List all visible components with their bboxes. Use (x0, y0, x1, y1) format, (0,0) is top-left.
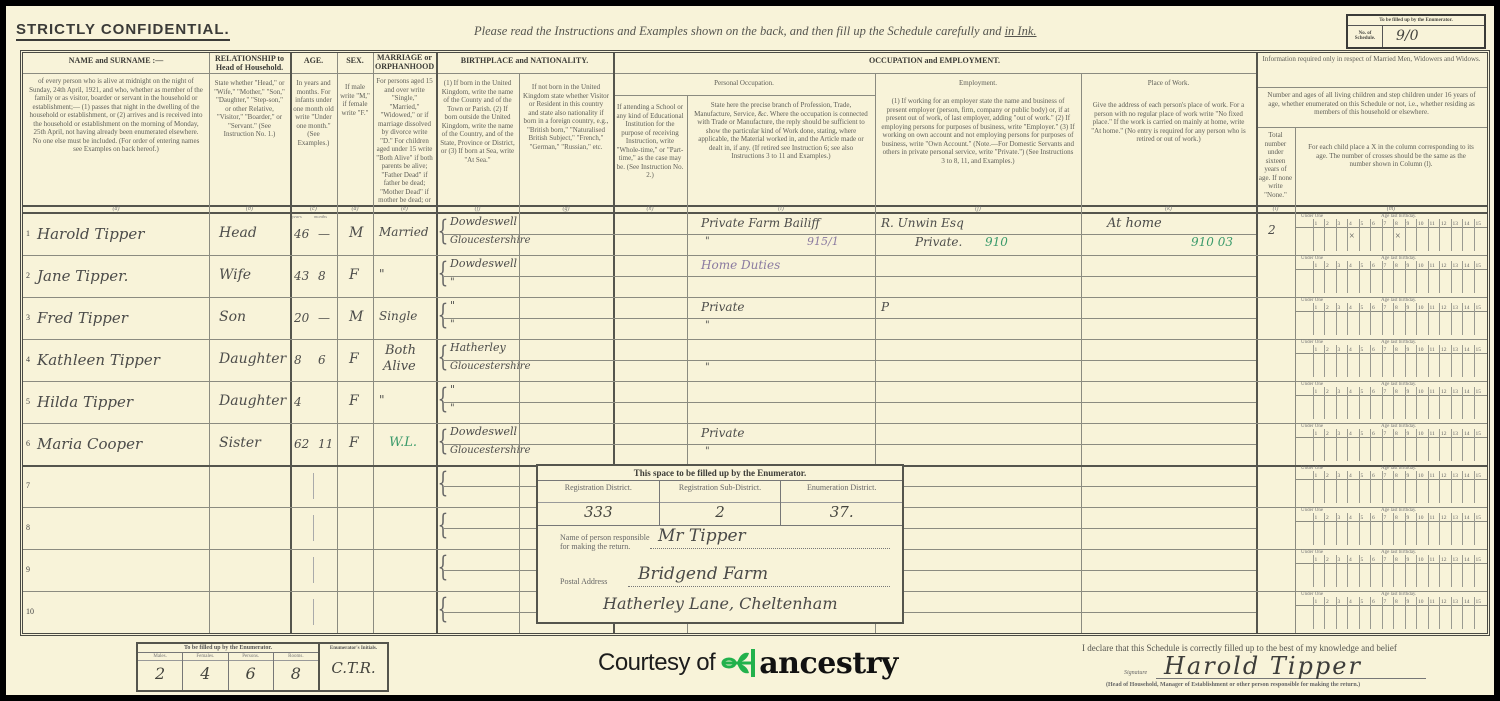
bracket: { (438, 427, 449, 455)
age-4-label: 4 (1349, 305, 1352, 311)
age-10-label: 10 (1418, 263, 1424, 269)
age-15-label: 15 (1476, 473, 1482, 479)
age-months: 8 (318, 269, 326, 283)
age-2-label: 2 (1326, 557, 1329, 563)
column-letter: (e) (373, 206, 436, 212)
enumerator-tally-box: To be filled up by the Enumerator. Males… (136, 642, 389, 692)
age-7-label: 7 (1384, 305, 1387, 311)
bracket: { (438, 343, 449, 371)
age-4-label: 4 (1349, 515, 1352, 521)
age-last-birthday-label: Age last birthday. (1381, 340, 1416, 345)
age-10-label: 10 (1418, 431, 1424, 437)
person-name: Fred Tipper (37, 309, 128, 327)
age-14-label: 14 (1464, 431, 1470, 437)
age-13-label: 13 (1453, 263, 1459, 269)
birthplace-line1: Hatherley (450, 341, 506, 354)
birthplace-line1: Dowdeswell (450, 215, 517, 228)
age-8-label: 8 (1395, 557, 1398, 563)
age-10-label: 10 (1418, 347, 1424, 353)
marriage-status: W.L. (389, 435, 417, 450)
age-6-label: 6 (1372, 221, 1375, 227)
person-name: Hilda Tipper (37, 393, 133, 411)
age-13-label: 13 (1453, 221, 1459, 227)
confidential-title: STRICTLY CONFIDENTIAL. (16, 21, 230, 41)
column-instructions-age: In years and months. For infants under o… (293, 79, 334, 203)
age-9-label: 9 (1407, 473, 1410, 479)
age-3-label: 3 (1338, 557, 1341, 563)
age-14-label: 14 (1464, 263, 1470, 269)
column-instructions-children: Number and ages of all living children a… (1262, 91, 1481, 125)
age-4-label: 4 (1349, 599, 1352, 605)
age-3-label: 3 (1338, 221, 1341, 227)
age-last-birthday-label: Age last birthday. (1381, 298, 1416, 303)
column-instructions-name: of every person who is alive at midnight… (29, 77, 203, 203)
age-years: 20 (294, 311, 309, 325)
age-8-label: 8 (1395, 599, 1398, 605)
postal-address-line1: Bridgend Farm (638, 564, 768, 584)
age-6-label: 6 (1372, 431, 1375, 437)
age-12-label: 12 (1441, 305, 1447, 311)
personal-occupation: Private (701, 426, 745, 440)
age-13-label: 13 (1453, 305, 1459, 311)
responsible-person: Mr Tipper (658, 526, 746, 546)
age-10-label: 10 (1418, 515, 1424, 521)
age-14-label: 14 (1464, 473, 1470, 479)
age-months: — (318, 227, 330, 241)
age-years: 8 (294, 353, 302, 367)
age-1-label: 1 (1315, 599, 1318, 605)
row-number: 2 (26, 271, 30, 280)
age-7-label: 7 (1384, 263, 1387, 269)
age-3-label: 3 (1338, 515, 1341, 521)
row-number: 8 (26, 523, 30, 532)
age-3-label: 3 (1338, 389, 1341, 395)
age-years: 4 (294, 395, 302, 409)
age-years: 46 (294, 227, 309, 241)
age-5-label: 5 (1361, 263, 1364, 269)
age-last-birthday-label: Age last birthday. (1381, 214, 1416, 219)
birthplace-line2: Gloucestershire (450, 235, 530, 246)
age-12-label: 12 (1441, 263, 1447, 269)
courtesy-ancestry: Courtesy of ancestry (598, 646, 898, 680)
age-2-label: 2 (1326, 389, 1329, 395)
column-instructions-personal-occupation: State here the precise branch of Profess… (693, 101, 869, 203)
column-header-sex: SEX. (339, 57, 371, 71)
age-7-label: 7 (1384, 599, 1387, 605)
employer: R. Unwin Esq (881, 216, 964, 230)
persons-count: Persons.6 (229, 653, 274, 690)
column-letter: (g) (519, 206, 613, 212)
sex: F (349, 435, 359, 451)
age-15-label: 15 (1476, 305, 1482, 311)
age-11-label: 11 (1430, 557, 1435, 563)
postal-address-line2: Hatherley Lane, Cheltenham (603, 594, 838, 613)
age-10-label: 10 (1418, 599, 1424, 605)
age-8-label: 8 (1395, 389, 1398, 395)
column-letter: (c) (290, 206, 337, 212)
age-1-label: 1 (1315, 515, 1318, 521)
age-6-label: 6 (1372, 473, 1375, 479)
age-months: — (318, 311, 330, 325)
birthplace-line1: Dowdeswell (450, 257, 517, 270)
age-11-label: 11 (1430, 515, 1435, 521)
age-8-label: 8 (1395, 431, 1398, 437)
age-3-label: 3 (1338, 347, 1341, 353)
age-11-label: 11 (1430, 221, 1435, 227)
age-7-label: 7 (1384, 557, 1387, 563)
age-1-label: 1 (1315, 389, 1318, 395)
birthplace-line2: " (450, 403, 455, 414)
sex: M (349, 309, 363, 325)
age-9-label: 9 (1407, 515, 1410, 521)
place-of-work: At home (1107, 216, 1162, 231)
bracket: { (438, 553, 449, 581)
column-instructions-relationship: State whether "Head," or "Wife," "Mother… (213, 79, 286, 203)
bracket: { (438, 595, 449, 623)
relationship: Son (219, 309, 246, 325)
males-count: Males.2 (138, 653, 183, 690)
column-header-birthplace: BIRTHPLACE and NATIONALITY. (438, 57, 611, 71)
age-4-label: 4 (1349, 389, 1352, 395)
age-6-label: 6 (1372, 599, 1375, 605)
column-letter: (l) (1256, 206, 1295, 212)
relationship: Daughter (219, 393, 286, 409)
age-2-label: 2 (1326, 515, 1329, 521)
sex: F (349, 267, 359, 283)
age-11-label: 11 (1430, 599, 1435, 605)
age-1-label: 1 (1315, 263, 1318, 269)
age-5-label: 5 (1361, 221, 1364, 227)
personal-occupation: Private (701, 300, 745, 314)
enumerator-initials: Enumerator's Initials. C.T.R. (320, 644, 387, 690)
age-11-label: 11 (1430, 347, 1435, 353)
age-7-label: 7 (1384, 221, 1387, 227)
age-12-label: 12 (1441, 599, 1447, 605)
age-5-label: 5 (1361, 557, 1364, 563)
age-15-label: 15 (1476, 515, 1482, 521)
sex: F (349, 393, 359, 409)
column-header-occupation: OCCUPATION and EMPLOYMENT. (617, 57, 1252, 71)
age-9-label: 9 (1407, 305, 1410, 311)
age-15-label: 15 (1476, 389, 1482, 395)
age-13-label: 13 (1453, 557, 1459, 563)
relationship: Head (219, 225, 257, 241)
column-header-employment: Employment. (879, 79, 1077, 93)
relationship: Daughter (219, 351, 286, 367)
age-months: 6 (318, 353, 326, 367)
place-code: 910 03 (1191, 235, 1233, 249)
age-4-label: 4 (1349, 347, 1352, 353)
marriage-status: Both (385, 343, 416, 358)
column-instructions-place-of-work: Give the address of each person's place … (1087, 101, 1250, 203)
age-4-label: 4 (1349, 431, 1352, 437)
age-4-label: 4 (1349, 221, 1352, 227)
child-age-mark: × (1395, 231, 1401, 242)
marriage-status: Single (379, 309, 417, 323)
age-5-label: 5 (1361, 431, 1364, 437)
row-number: 3 (26, 313, 30, 322)
age-1-label: 1 (1315, 431, 1318, 437)
age-5-label: 5 (1361, 305, 1364, 311)
age-5-label: 5 (1361, 473, 1364, 479)
column-instructions-birthplace: (1) If born in the United Kingdom, write… (440, 79, 515, 203)
column-letter: (i) (687, 206, 875, 212)
personal-occupation-line2: " (705, 362, 710, 373)
schedule-number-box: To be filled up by the Enumerator. No. o… (1346, 14, 1486, 49)
column-letter: (f) (436, 206, 519, 212)
age-14-label: 14 (1464, 305, 1470, 311)
age-8-label: 8 (1395, 515, 1398, 521)
age-15-label: 15 (1476, 431, 1482, 437)
personal-occupation: Private Farm Bailiff (701, 216, 820, 230)
age-6-label: 6 (1372, 305, 1375, 311)
column-instructions-employment: (1) If working for an employer state the… (881, 97, 1075, 203)
birthplace-line2: Gloucestershire (450, 361, 530, 372)
age-5-label: 5 (1361, 599, 1364, 605)
instructions-line: Please read the Instructions and Example… (474, 24, 1037, 39)
age-last-birthday-label: Age last birthday. (1381, 592, 1416, 597)
age-8-label: 8 (1395, 305, 1398, 311)
age-11-label: 11 (1430, 473, 1435, 479)
children-total: 2 (1268, 223, 1276, 237)
age-15-label: 15 (1476, 557, 1482, 563)
age-8-label: 8 (1395, 263, 1398, 269)
age-8-label: 8 (1395, 473, 1398, 479)
age-15-label: 15 (1476, 347, 1482, 353)
age-14-label: 14 (1464, 347, 1470, 353)
person-name: Kathleen Tipper (37, 351, 160, 369)
age-last-birthday-label: Age last birthday. (1381, 550, 1416, 555)
age-10-label: 10 (1418, 557, 1424, 563)
age-5-label: 5 (1361, 515, 1364, 521)
age-12-label: 12 (1441, 515, 1447, 521)
age-12-label: 12 (1441, 473, 1447, 479)
age-13-label: 13 (1453, 599, 1459, 605)
age-1-label: 1 (1315, 221, 1318, 227)
row-number: 10 (26, 607, 34, 616)
age-last-birthday-label: Age last birthday. (1381, 466, 1416, 471)
age-3-label: 3 (1338, 599, 1341, 605)
age-12-label: 12 (1441, 347, 1447, 353)
age-11-label: 11 (1430, 389, 1435, 395)
column-instructions-child-ages: For each child place a X in the column c… (1305, 143, 1477, 203)
column-header-relationship: RELATIONSHIP to Head of Household. (211, 55, 288, 71)
registration-district: Registration District.333 (538, 481, 660, 525)
sex: M (349, 225, 363, 241)
personal-occupation-line2: " (705, 320, 710, 331)
age-14-label: 14 (1464, 599, 1470, 605)
age-10-label: 10 (1418, 473, 1424, 479)
bracket: { (438, 469, 449, 497)
column-letter: (d) (337, 206, 373, 212)
column-header-age: AGE. (292, 57, 335, 71)
age-6-label: 6 (1372, 263, 1375, 269)
column-header-place-of-work: Place of Work. (1085, 79, 1252, 93)
age-14-label: 14 (1464, 515, 1470, 521)
age-1-label: 1 (1315, 473, 1318, 479)
age-8-label: 8 (1395, 221, 1398, 227)
age-1-label: 1 (1315, 347, 1318, 353)
age-1-label: 1 (1315, 305, 1318, 311)
age-11-label: 11 (1430, 263, 1435, 269)
birthplace-line2: Gloucestershire (450, 445, 530, 456)
age-13-label: 13 (1453, 515, 1459, 521)
age-last-birthday-label: Age last birthday. (1381, 382, 1416, 387)
age-10-label: 10 (1418, 389, 1424, 395)
age-years: 43 (294, 269, 309, 283)
age-13-label: 13 (1453, 347, 1459, 353)
marriage-status: " (379, 393, 385, 407)
column-header-personal-occupation: Personal Occupation. (617, 79, 871, 93)
age-2-label: 2 (1326, 599, 1329, 605)
column-letter: (a) (23, 206, 209, 212)
age-15-label: 15 (1476, 599, 1482, 605)
age-2-label: 2 (1326, 473, 1329, 479)
relationship: Wife (219, 267, 251, 283)
age-2-label: 2 (1326, 221, 1329, 227)
row-number: 5 (26, 397, 30, 406)
age-4-label: 4 (1349, 263, 1352, 269)
person-name: Maria Cooper (37, 435, 142, 453)
age-3-label: 3 (1338, 305, 1341, 311)
birthplace-line1: Dowdeswell (450, 425, 517, 438)
personal-occupation-line2: " (705, 236, 710, 247)
age-2-label: 2 (1326, 263, 1329, 269)
schedule-number: 9/0 (1396, 28, 1419, 44)
marriage-status: Married (379, 225, 429, 239)
age-4-label: 4 (1349, 557, 1352, 563)
column-letter: (m) (1295, 206, 1487, 212)
sex: F (349, 351, 359, 367)
age-11-label: 11 (1430, 431, 1435, 437)
column-letter: (b) (209, 206, 290, 212)
employer-line2: Private. (915, 235, 962, 249)
age-14-label: 14 (1464, 221, 1470, 227)
age-7-label: 7 (1384, 515, 1387, 521)
column-letter: (j) (875, 206, 1081, 212)
relationship: Sister (219, 435, 261, 451)
age-13-label: 13 (1453, 473, 1459, 479)
column-instructions-nationality: If not born in the United Kingdom state … (523, 83, 609, 203)
marriage-status: " (379, 267, 385, 281)
age-9-label: 9 (1407, 263, 1410, 269)
age-months: 11 (318, 437, 333, 451)
bracket: { (438, 301, 449, 329)
age-8-label: 8 (1395, 347, 1398, 353)
age-7-label: 7 (1384, 389, 1387, 395)
child-age-mark: × (1349, 231, 1355, 242)
age-5-label: 5 (1361, 347, 1364, 353)
age-13-label: 13 (1453, 389, 1459, 395)
age-9-label: 9 (1407, 347, 1410, 353)
age-6-label: 6 (1372, 389, 1375, 395)
age-14-label: 14 (1464, 389, 1470, 395)
age-9-label: 9 (1407, 557, 1410, 563)
age-5-label: 5 (1361, 389, 1364, 395)
age-years: 62 (294, 437, 309, 451)
age-3-label: 3 (1338, 473, 1341, 479)
age-14-label: 14 (1464, 557, 1470, 563)
bracket: { (438, 385, 449, 413)
birthplace-line2: " (450, 277, 455, 288)
females-count: Females.4 (183, 653, 228, 690)
age-last-birthday-label: Age last birthday. (1381, 508, 1416, 513)
birthplace-line2: " (450, 319, 455, 330)
age-3-label: 3 (1338, 431, 1341, 437)
bracket: { (438, 511, 449, 539)
column-instructions-education: If attending a School or any kind of Edu… (616, 103, 684, 203)
age-11-label: 11 (1430, 305, 1435, 311)
age-6-label: 6 (1372, 347, 1375, 353)
row-number: 1 (26, 229, 30, 238)
column-letter: (k) (1081, 206, 1256, 212)
age-2-label: 2 (1326, 347, 1329, 353)
age-15-label: 15 (1476, 263, 1482, 269)
bracket: { (438, 217, 449, 245)
age-7-label: 7 (1384, 347, 1387, 353)
column-instructions-total-children: Total number under sixteen years of age.… (1258, 131, 1293, 203)
row-number: 6 (26, 439, 30, 448)
employer: P (881, 300, 889, 314)
column-letter: (h) (613, 206, 687, 212)
age-2-label: 2 (1326, 431, 1329, 437)
row-number: 4 (26, 355, 30, 364)
birthplace-line1: " (450, 299, 455, 312)
person-name: Jane Tipper. (37, 267, 128, 285)
signature: Harold Tipper (1164, 652, 1362, 680)
age-12-label: 12 (1441, 557, 1447, 563)
age-7-label: 7 (1384, 473, 1387, 479)
age-13-label: 13 (1453, 431, 1459, 437)
age-10-label: 10 (1418, 305, 1424, 311)
age-15-label: 15 (1476, 221, 1482, 227)
row-number: 7 (26, 481, 30, 490)
age-9-label: 9 (1407, 599, 1410, 605)
age-2-label: 2 (1326, 305, 1329, 311)
row-number: 9 (26, 565, 30, 574)
personal-occupation-line2: " (705, 446, 710, 457)
personal-occupation: Home Duties (701, 258, 780, 272)
age-4-label: 4 (1349, 473, 1352, 479)
marriage-status: Alive (383, 359, 416, 374)
occupation-code: 915/1 (807, 235, 839, 248)
birthplace-line1: " (450, 383, 455, 396)
employment-code: 910 (985, 235, 1008, 249)
age-9-label: 9 (1407, 431, 1410, 437)
enumerator-district-box: This space to be filled up by the Enumer… (536, 464, 904, 624)
registration-sub-district: Registration Sub-District.2 (660, 481, 782, 525)
ancestry-leaf-icon (719, 647, 757, 679)
age-1-label: 1 (1315, 557, 1318, 563)
person-name: Harold Tipper (37, 225, 144, 243)
age-6-label: 6 (1372, 557, 1375, 563)
rooms-count: Rooms.8 (274, 653, 318, 690)
column-instructions-marriage: For persons aged 15 and over write "Sing… (376, 77, 433, 203)
age-12-label: 12 (1441, 389, 1447, 395)
age-9-label: 9 (1407, 389, 1410, 395)
age-last-birthday-label: Age last birthday. (1381, 424, 1416, 429)
age-9-label: 9 (1407, 221, 1410, 227)
age-7-label: 7 (1384, 431, 1387, 437)
census-schedule-page: STRICTLY CONFIDENTIAL. Please read the I… (6, 6, 1494, 695)
enumeration-district: Enumeration District.37. (781, 481, 902, 525)
age-10-label: 10 (1418, 221, 1424, 227)
age-3-label: 3 (1338, 263, 1341, 269)
age-last-birthday-label: Age last birthday. (1381, 256, 1416, 261)
column-instructions-sex: If male write "M," if female write "F." (340, 83, 370, 203)
column-header-marriage: MARRIAGE or ORPHANHOOD. (375, 54, 434, 72)
column-header-married: Information required only in respect of … (1260, 55, 1483, 85)
